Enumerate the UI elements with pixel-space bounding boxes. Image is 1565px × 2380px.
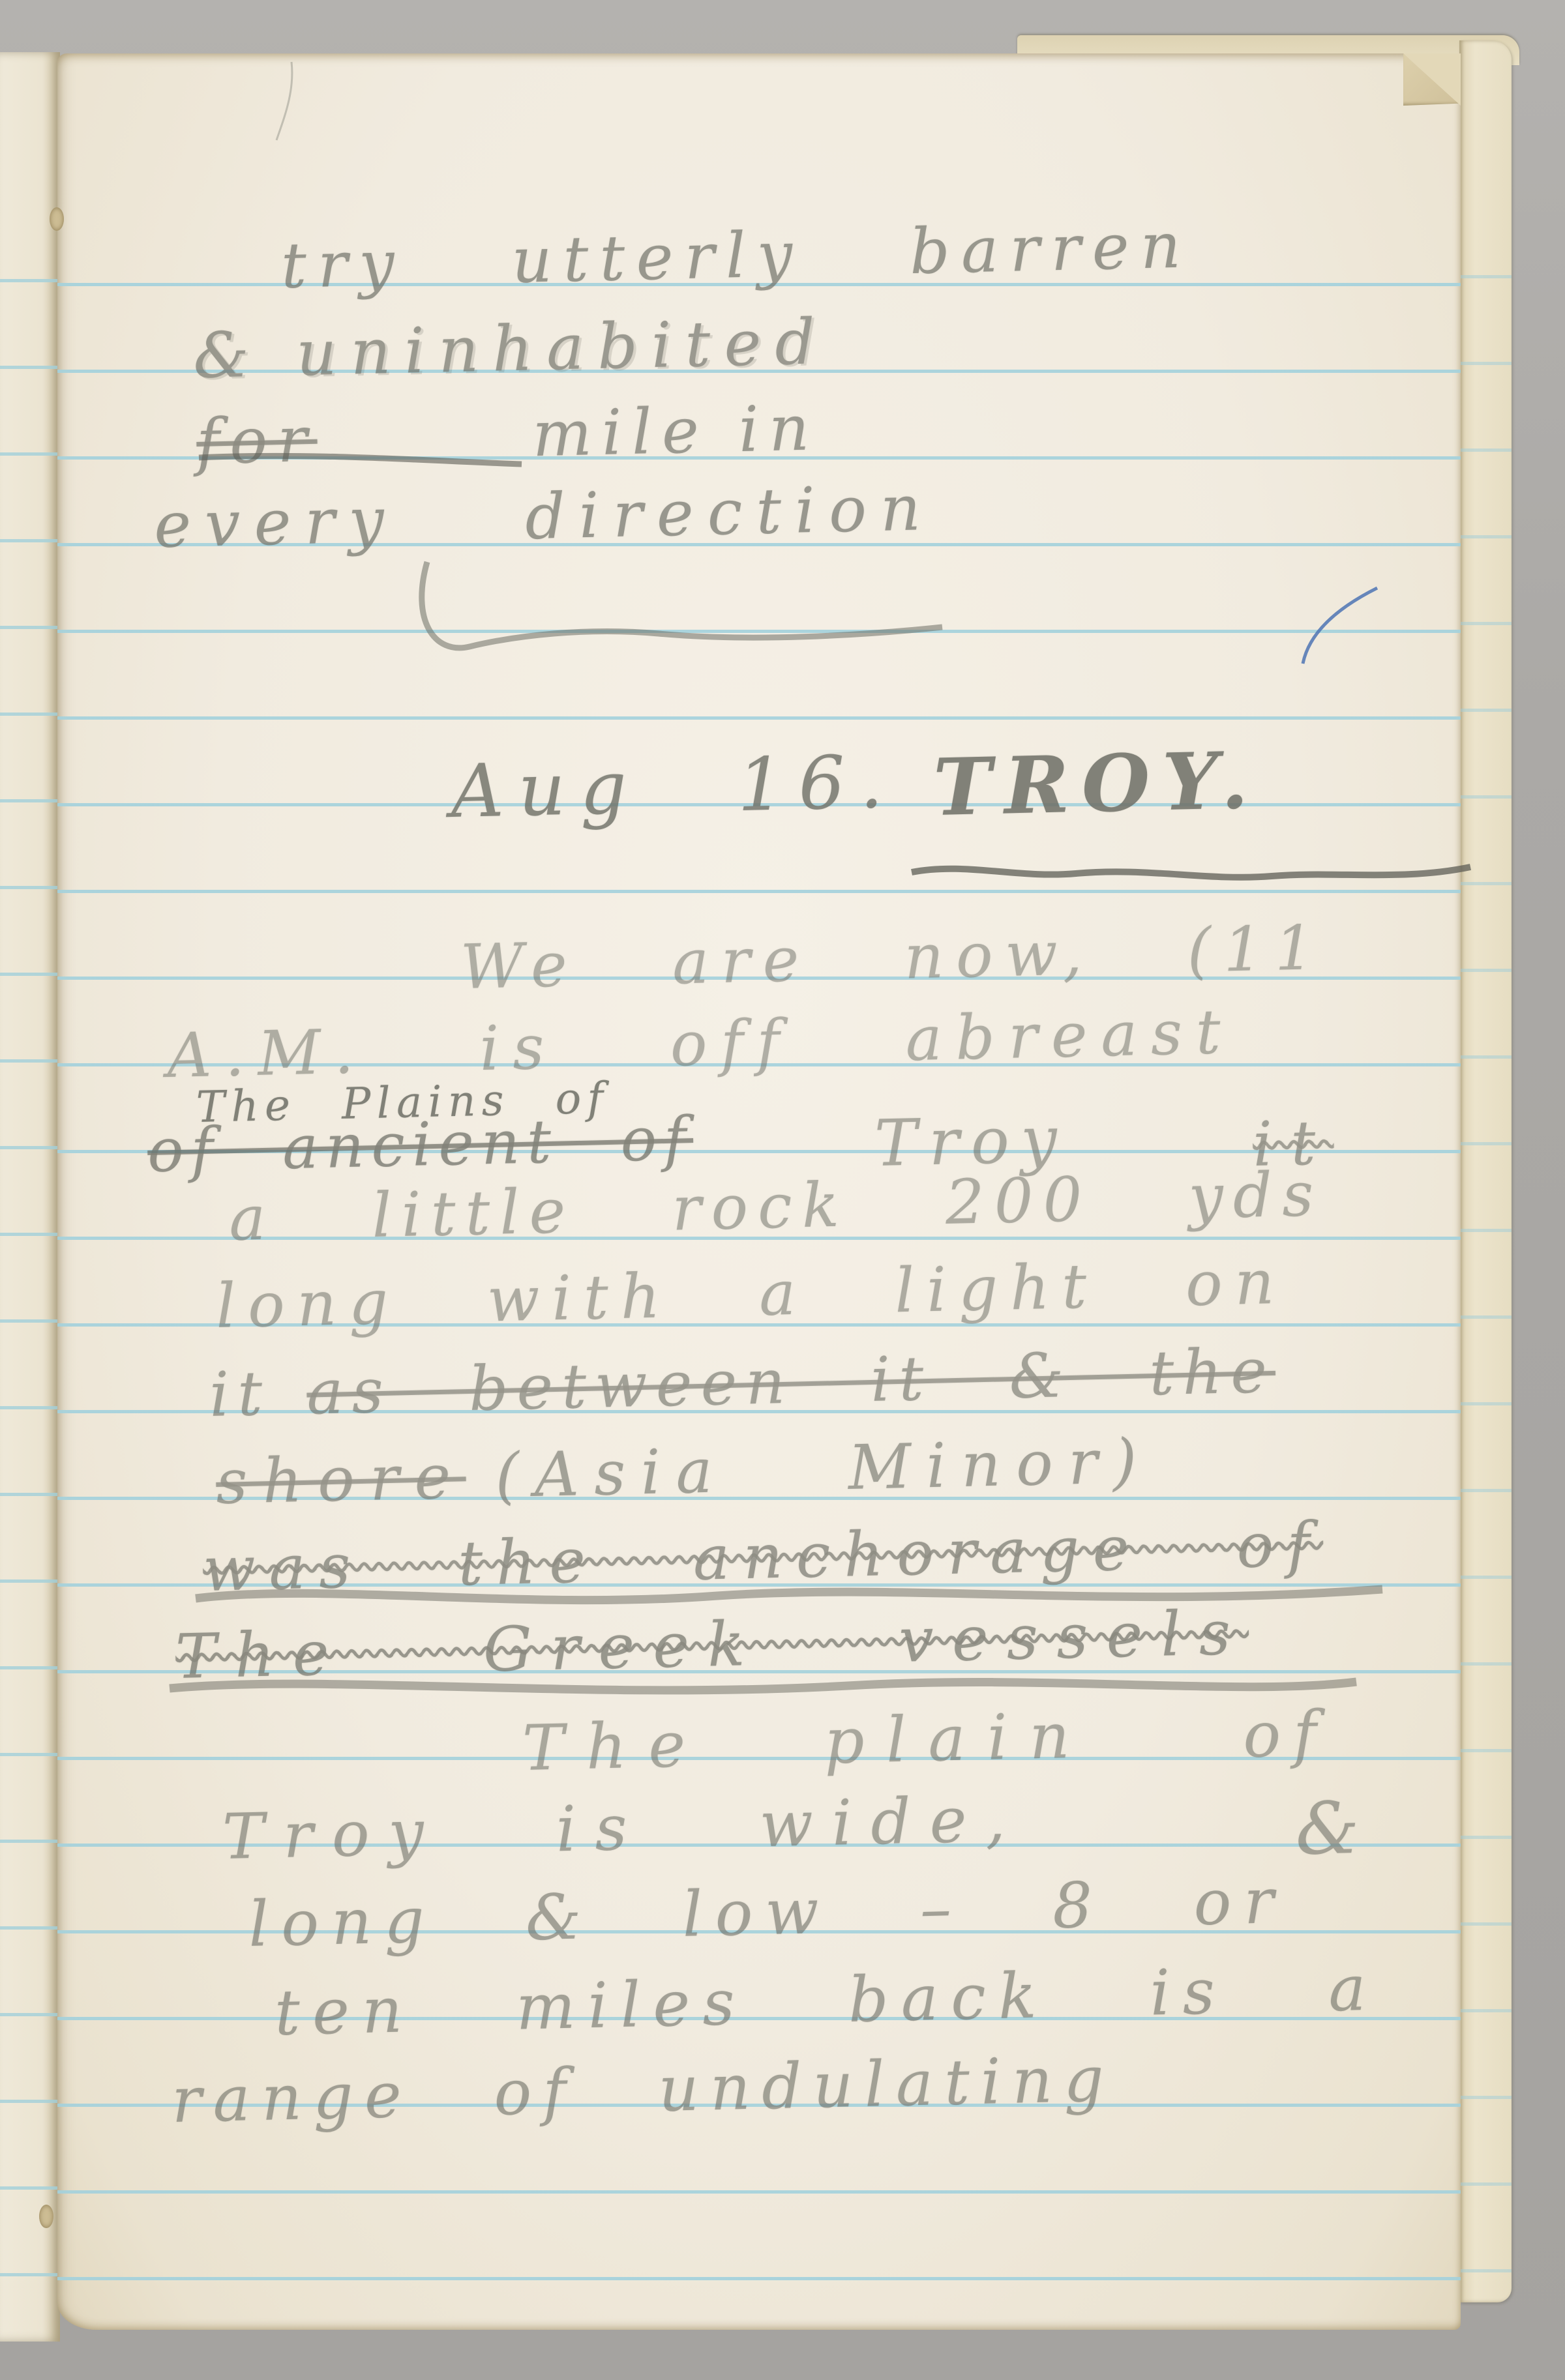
handwriting-word-of: of — [1242, 1697, 1330, 1772]
strikethrough-text: for — [196, 403, 318, 478]
handwriting-text: it — [209, 1359, 272, 1431]
strikethrough-text-of-ancient: of ancient of — [147, 1104, 694, 1186]
page-stack-right-edge — [1459, 40, 1512, 2302]
heading-place: TROY. — [932, 735, 1262, 834]
previous-page-edge — [0, 52, 60, 2342]
handwriting-ampersand: & — [1294, 1786, 1360, 1871]
handwriting-line-for-mile: formile in — [196, 391, 820, 478]
handwriting-text: mile in — [531, 391, 820, 471]
handwriting-line-uninhabited: & uninhabited — [192, 305, 829, 392]
heading-date: Aug 16. — [450, 739, 899, 834]
ruled-lines-previous-page — [0, 279, 60, 2302]
ruled-lines-stack — [1459, 275, 1512, 2276]
dog-ear-fold — [1403, 53, 1461, 106]
handwriting-line-the-plain: The plain — [522, 1699, 1092, 1785]
stitch-hole — [39, 2205, 53, 2228]
notebook-photo: try utterly barren & uninhabited formile… — [0, 0, 1565, 2380]
stitch-hole — [50, 207, 64, 231]
handwriting-text: (Asia Minor) — [494, 1426, 1153, 1512]
strikethrough-text: shore — [215, 1441, 467, 1518]
